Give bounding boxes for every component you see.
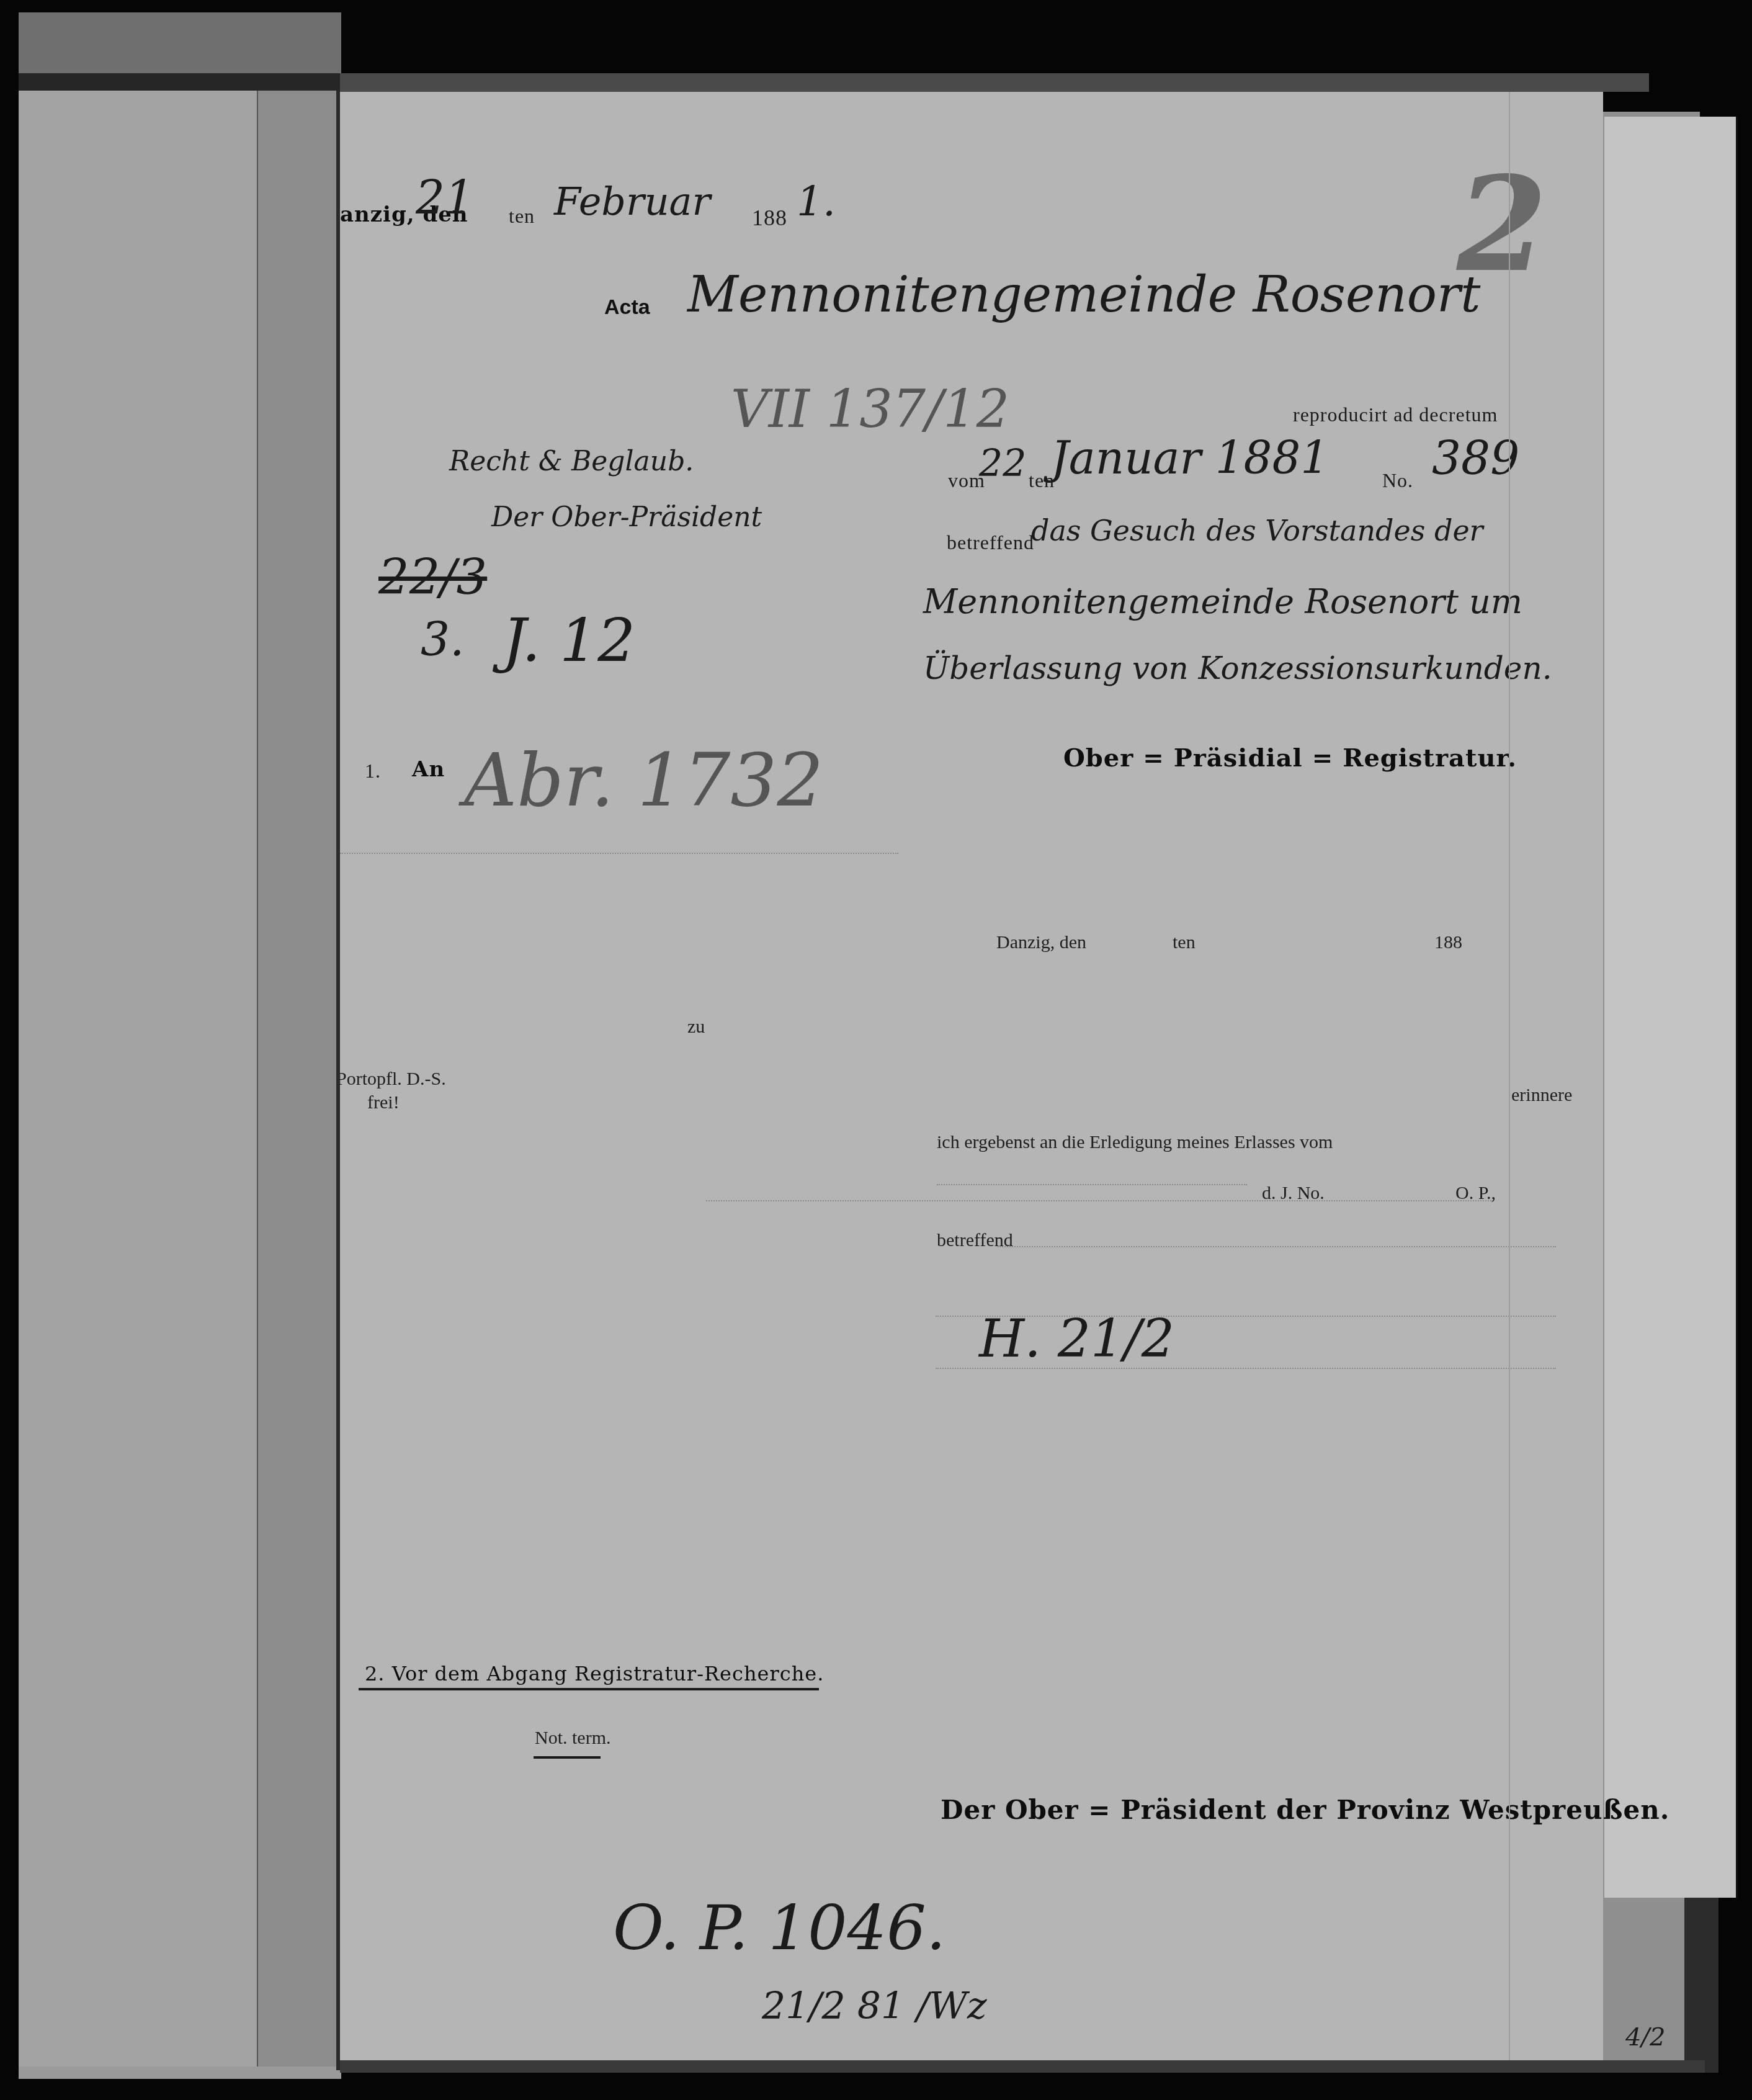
folder-inner-flap (257, 91, 337, 2066)
subject-line-2: Mennonitengemeinde Rosenort um (923, 582, 1522, 621)
reminder-betreffend: betreffend (937, 1230, 1013, 1251)
reminder-dotted-line-3 (998, 1246, 1556, 1247)
file-reference: VII 137/12 (731, 379, 1009, 439)
page-bottom-shadow (340, 2060, 1705, 2073)
margin-note-line-2: Der Ober-Präsident (491, 501, 762, 533)
footer-op-number: O. P. 1046. (613, 1891, 946, 1964)
item1-number: 1. (365, 760, 381, 783)
reminder-initials: H. 21/2 (979, 1308, 1174, 1369)
margin-note-line-1: Recht & Beglaub. (449, 446, 694, 477)
header-year: 1. (797, 177, 836, 225)
registry-label: Ober = Präsidial = Registratur. (1063, 743, 1517, 773)
item2-note: Not. term. (535, 1728, 610, 1749)
document-page: anzig, den 21 ten Februar 188 1. 2 Acta … (340, 92, 1603, 2066)
reminder-year: 188 (1434, 932, 1462, 953)
reminder-op: O. P., (1455, 1183, 1496, 1204)
margin-date-struck: 22/3 (378, 550, 487, 606)
folder-binding-band (19, 73, 341, 91)
item1-handwritten: Abr. 1732 (464, 737, 824, 823)
subject-line-3: Überlassung von Konzessionsurkunden. (923, 650, 1552, 686)
reminder-zu: zu (687, 1016, 705, 1038)
reminder-dj-no: d. J. No. (1262, 1183, 1325, 1204)
header-day-suffix: ten (509, 205, 535, 228)
margin-date: 3. (421, 613, 465, 666)
reminder-place: Danzig, den (996, 932, 1086, 953)
folder-flap (19, 91, 257, 2066)
reminder-body: ich ergebenst an die Erledigung meines E… (937, 1132, 1333, 1153)
postage-line-2: frei! (367, 1092, 400, 1113)
item1-dotted-line (340, 853, 898, 854)
fold-line (1509, 92, 1510, 2065)
protruding-sheet-right (1604, 117, 1738, 1898)
decree-no-label: No. (1382, 469, 1413, 492)
page-spine-edge (336, 91, 340, 2070)
corner-mark: 4/2 (1625, 2023, 1665, 2052)
decree-number: 389 (1432, 432, 1519, 485)
header-year-prefix: 188 (752, 205, 787, 231)
decree-label: reproducirt ad decretum (1293, 403, 1498, 426)
item2-rule (359, 1688, 819, 1690)
header-month: Februar (554, 179, 710, 224)
reminder-dotted-line-1 (706, 1200, 1494, 1201)
signature-block: Der Ober = Präsident der Provinz Westpre… (941, 1795, 1669, 1825)
reminder-ten: ten (1173, 932, 1196, 953)
footer-date: 21/2 81 /Wz (762, 1985, 987, 2028)
decree-day: 22 (979, 442, 1026, 485)
subject-label: betreffend (947, 531, 1034, 554)
item2-label: 2. Vor dem Abgang Registratur-Recherche. (365, 1662, 824, 1685)
reminder-dotted-line-2 (937, 1184, 1247, 1185)
acta-label: Acta (604, 295, 650, 320)
subject-line-1: das Gesuch des Vorstandes der (1031, 514, 1483, 547)
postage-line-1: Portopfl. D.-S. (336, 1069, 446, 1090)
page-top-shadow (340, 73, 1649, 92)
margin-initials: J. 12 (503, 606, 635, 675)
item1-label: An (412, 757, 445, 782)
reminder-erinnere: erinnere (1511, 1085, 1572, 1106)
acta-title: Mennonitengemeinde Rosenort (687, 266, 1480, 323)
header-day: 21 (416, 171, 474, 225)
decree-month-year: Januar 1881 (1051, 432, 1329, 484)
item2-note-rule (534, 1756, 601, 1759)
